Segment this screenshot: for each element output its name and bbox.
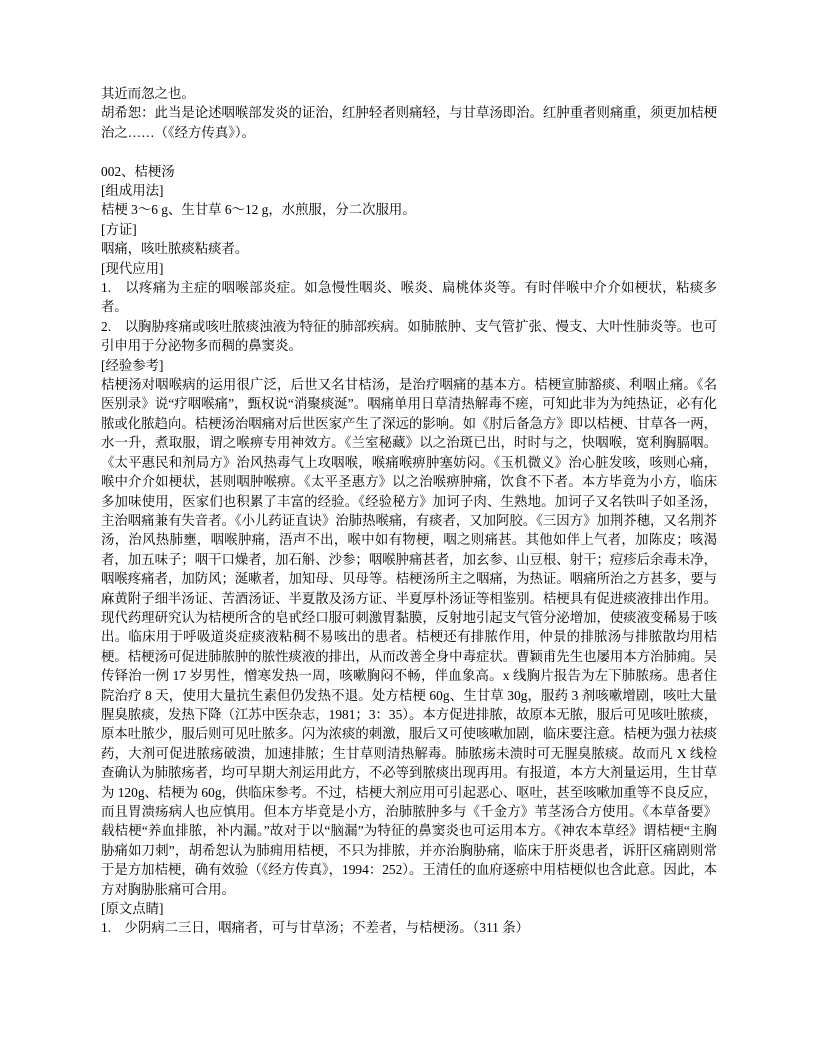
indication-text: 咽痛，咳吐脓痰粘痰者。 xyxy=(101,239,717,258)
section-label-composition: [组成用法] xyxy=(101,181,717,200)
section-label-modern-application: [现代应用] xyxy=(101,259,717,278)
original-text-item-1: 1. 少阴病二三日，咽痛者，可与甘草汤；不差者，与桔梗汤。（311 条） xyxy=(101,918,717,937)
experience-reference-text: 桔梗汤对咽喉病的运用很广泛，后世又名甘桔汤，是治疗咽痛的基本方。桔梗宣肺豁痰、利… xyxy=(101,375,717,899)
section-label-indication: [方证] xyxy=(101,220,717,239)
paragraph-hu-xishu-comment: 胡希恕：此当是论述咽喉部发炎的证治，红肿轻者则痛轻，与甘草汤即治。红肿重者则痛重… xyxy=(101,103,717,142)
modern-application-item-2: 2. 以胸胁疼痛或咳吐脓痰浊液为特征的肺部疾病。如肺脓肿、支气管扩张、慢支、大叶… xyxy=(101,317,717,356)
blank-line xyxy=(101,142,717,161)
paragraph-intro-tail: 其近而忽之也。 xyxy=(101,84,717,103)
section-label-experience-reference: [经验参考] xyxy=(101,356,717,375)
section-label-original-text: [原文点睛] xyxy=(101,899,717,918)
formula-number-title: 002、桔梗汤 xyxy=(101,162,717,181)
modern-application-item-1: 1. 以疼痛为主症的咽喉部炎症。如急慢性咽炎、喉炎、扁桃体炎等。有时伴喉中介介如… xyxy=(101,278,717,317)
document-page: 其近而忽之也。 胡希恕：此当是论述咽喉部发炎的证治，红肿轻者则痛轻，与甘草汤即治… xyxy=(0,0,816,1056)
composition-text: 桔梗 3～6 g、生甘草 6～12 g，水煎服，分二次服用。 xyxy=(101,200,717,219)
